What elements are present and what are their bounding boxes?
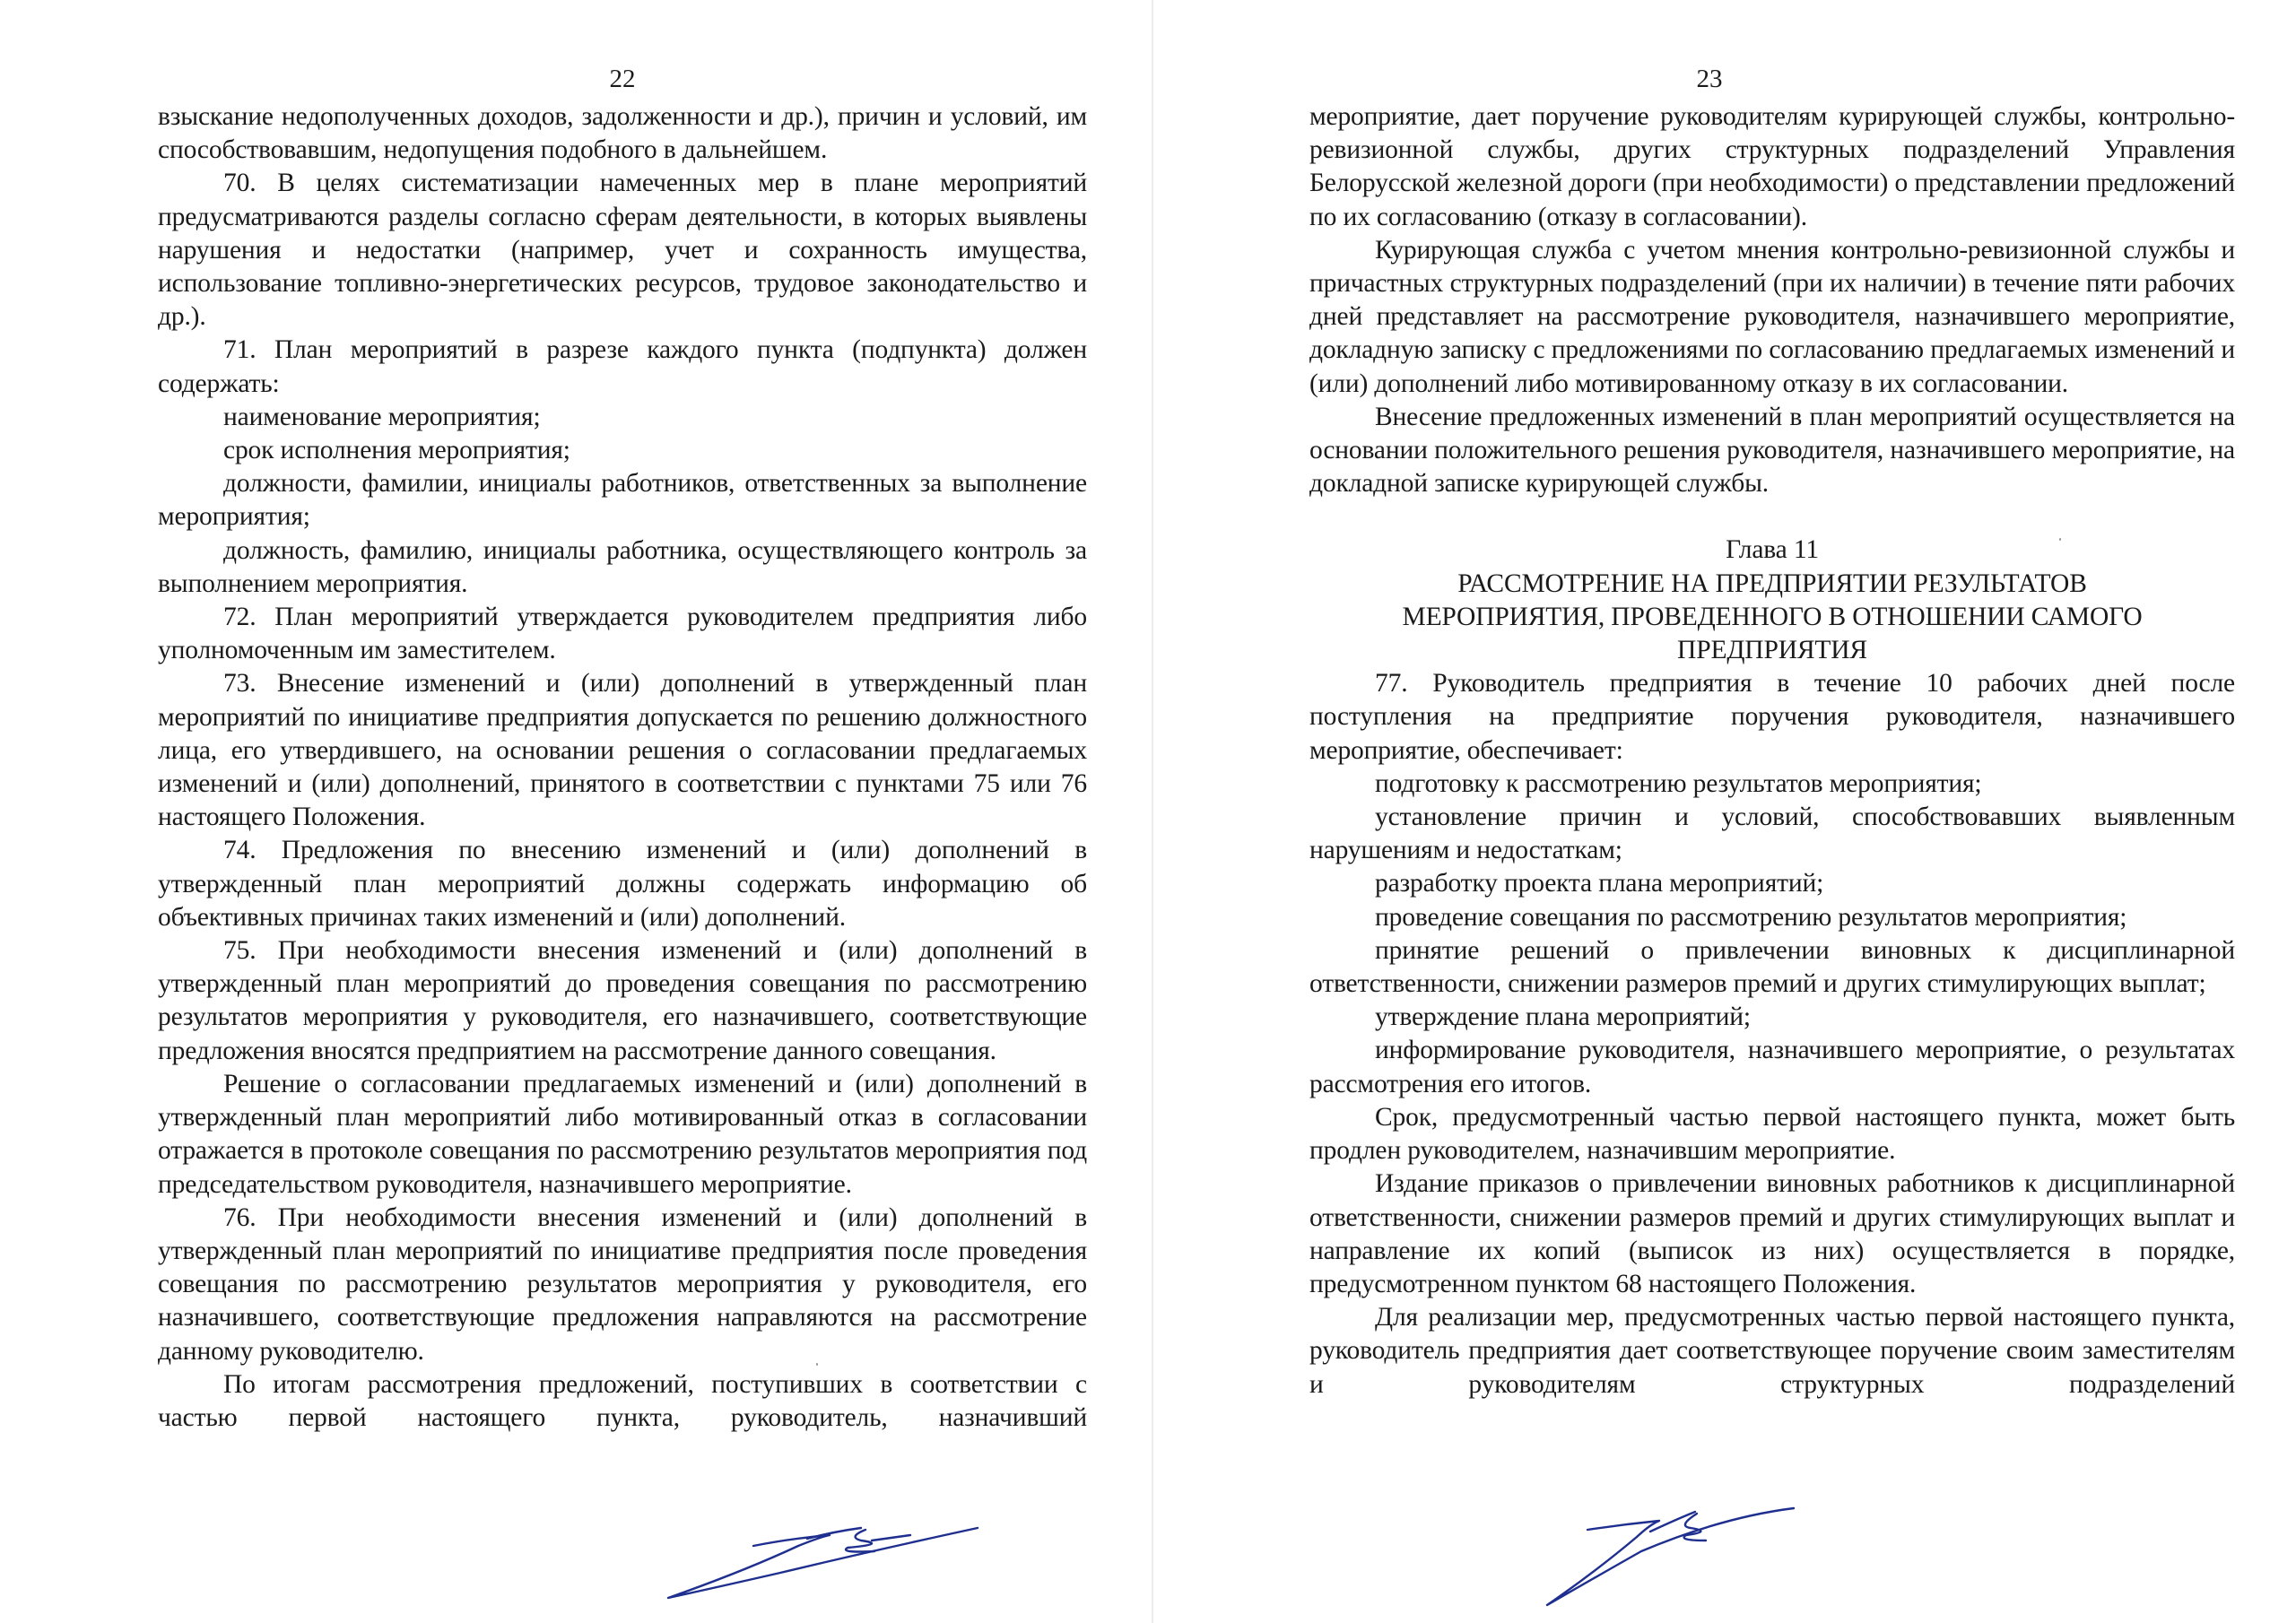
list-item: должности, фамилии, инициалы работников,… [158,467,1087,534]
scan-artifact [816,1363,818,1366]
document-page-22: 22 взыскание недополученных доходов, зад… [0,0,1152,1623]
list-item: должность, фамилию, инициалы работника, … [158,534,1087,601]
page-number: 23 [1153,63,2266,96]
list-item: утверждение плана мероприятий; [1309,1001,2235,1034]
paragraph-74: 74. Предложения по внесению изменений и … [158,834,1087,934]
document-page-23: 23 мероприятие, дает поручение руководит… [1153,0,2296,1623]
paragraph: Издание приказов о привлечении виновных … [1309,1167,2235,1301]
signature-icon [1543,1506,1848,1614]
paragraph: Внесение предложенных изменений в план м… [1309,401,2235,501]
paragraph: взыскание недополученных доходов, задолж… [158,100,1087,167]
list-item: информирование руководителя, назначившег… [1309,1034,2235,1100]
paragraph-73: 73. Внесение изменений и (или) дополнени… [158,667,1087,834]
list-item: наименование мероприятия; [158,401,1087,434]
list-item: проведение совещания по рассмотрению рез… [1309,901,2235,934]
paragraph: Решение о согласовании предлагаемых изме… [158,1068,1087,1202]
scan-artifact [2059,538,2061,541]
signature-icon [664,1524,1040,1614]
paragraph: По итогам рассмотрения предложений, пост… [158,1368,1087,1435]
chapter-title-line: РАССМОТРЕНИЕ НА ПРЕДПРИЯТИИ РЕЗУЛЬТАТОВ [1309,568,2235,601]
paragraph: Курирующая служба с учетом мнения контро… [1309,234,2235,401]
chapter-title-line: МЕРОПРИЯТИЯ, ПРОВЕДЕННОГО В ОТНОШЕНИИ СА… [1309,601,2235,634]
page-number: 22 [0,63,1245,96]
list-item: срок исполнения мероприятия; [158,434,1087,467]
page-body: мероприятие, дает поручение руководителя… [1309,100,2235,1402]
paragraph: Срок, предусмотренный частью первой наст… [1309,1101,2235,1167]
page-body: взыскание недополученных доходов, задолж… [158,100,1087,1435]
paragraph-77: 77. Руководитель предприятия в течение 1… [1309,667,2235,768]
list-item: принятие решений о привлечении виновных … [1309,934,2235,1001]
paragraph: Для реализации мер, предусмотренных част… [1309,1301,2235,1402]
paragraph-71: 71. План мероприятий в разрезе каждого п… [158,334,1087,400]
paragraph-75: 75. При необходимости внесения изменений… [158,934,1087,1068]
list-item: разработку проекта плана мероприятий; [1309,867,2235,900]
chapter-title-line: ПРЕДПРИЯТИЯ [1309,634,2235,667]
list-item: подготовку к рассмотрению результатов ме… [1309,768,2235,801]
spacer [1309,500,2235,534]
paragraph-76: 76. При необходимости внесения изменений… [158,1202,1087,1368]
paragraph: мероприятие, дает поручение руководителя… [1309,100,2235,234]
chapter-label: Глава 11 [1309,534,2235,567]
list-item: установление причин и условий, способств… [1309,801,2235,867]
paragraph-72: 72. План мероприятий утверждается руково… [158,601,1087,667]
paragraph-70: 70. В целях систематизации намеченных ме… [158,167,1087,334]
